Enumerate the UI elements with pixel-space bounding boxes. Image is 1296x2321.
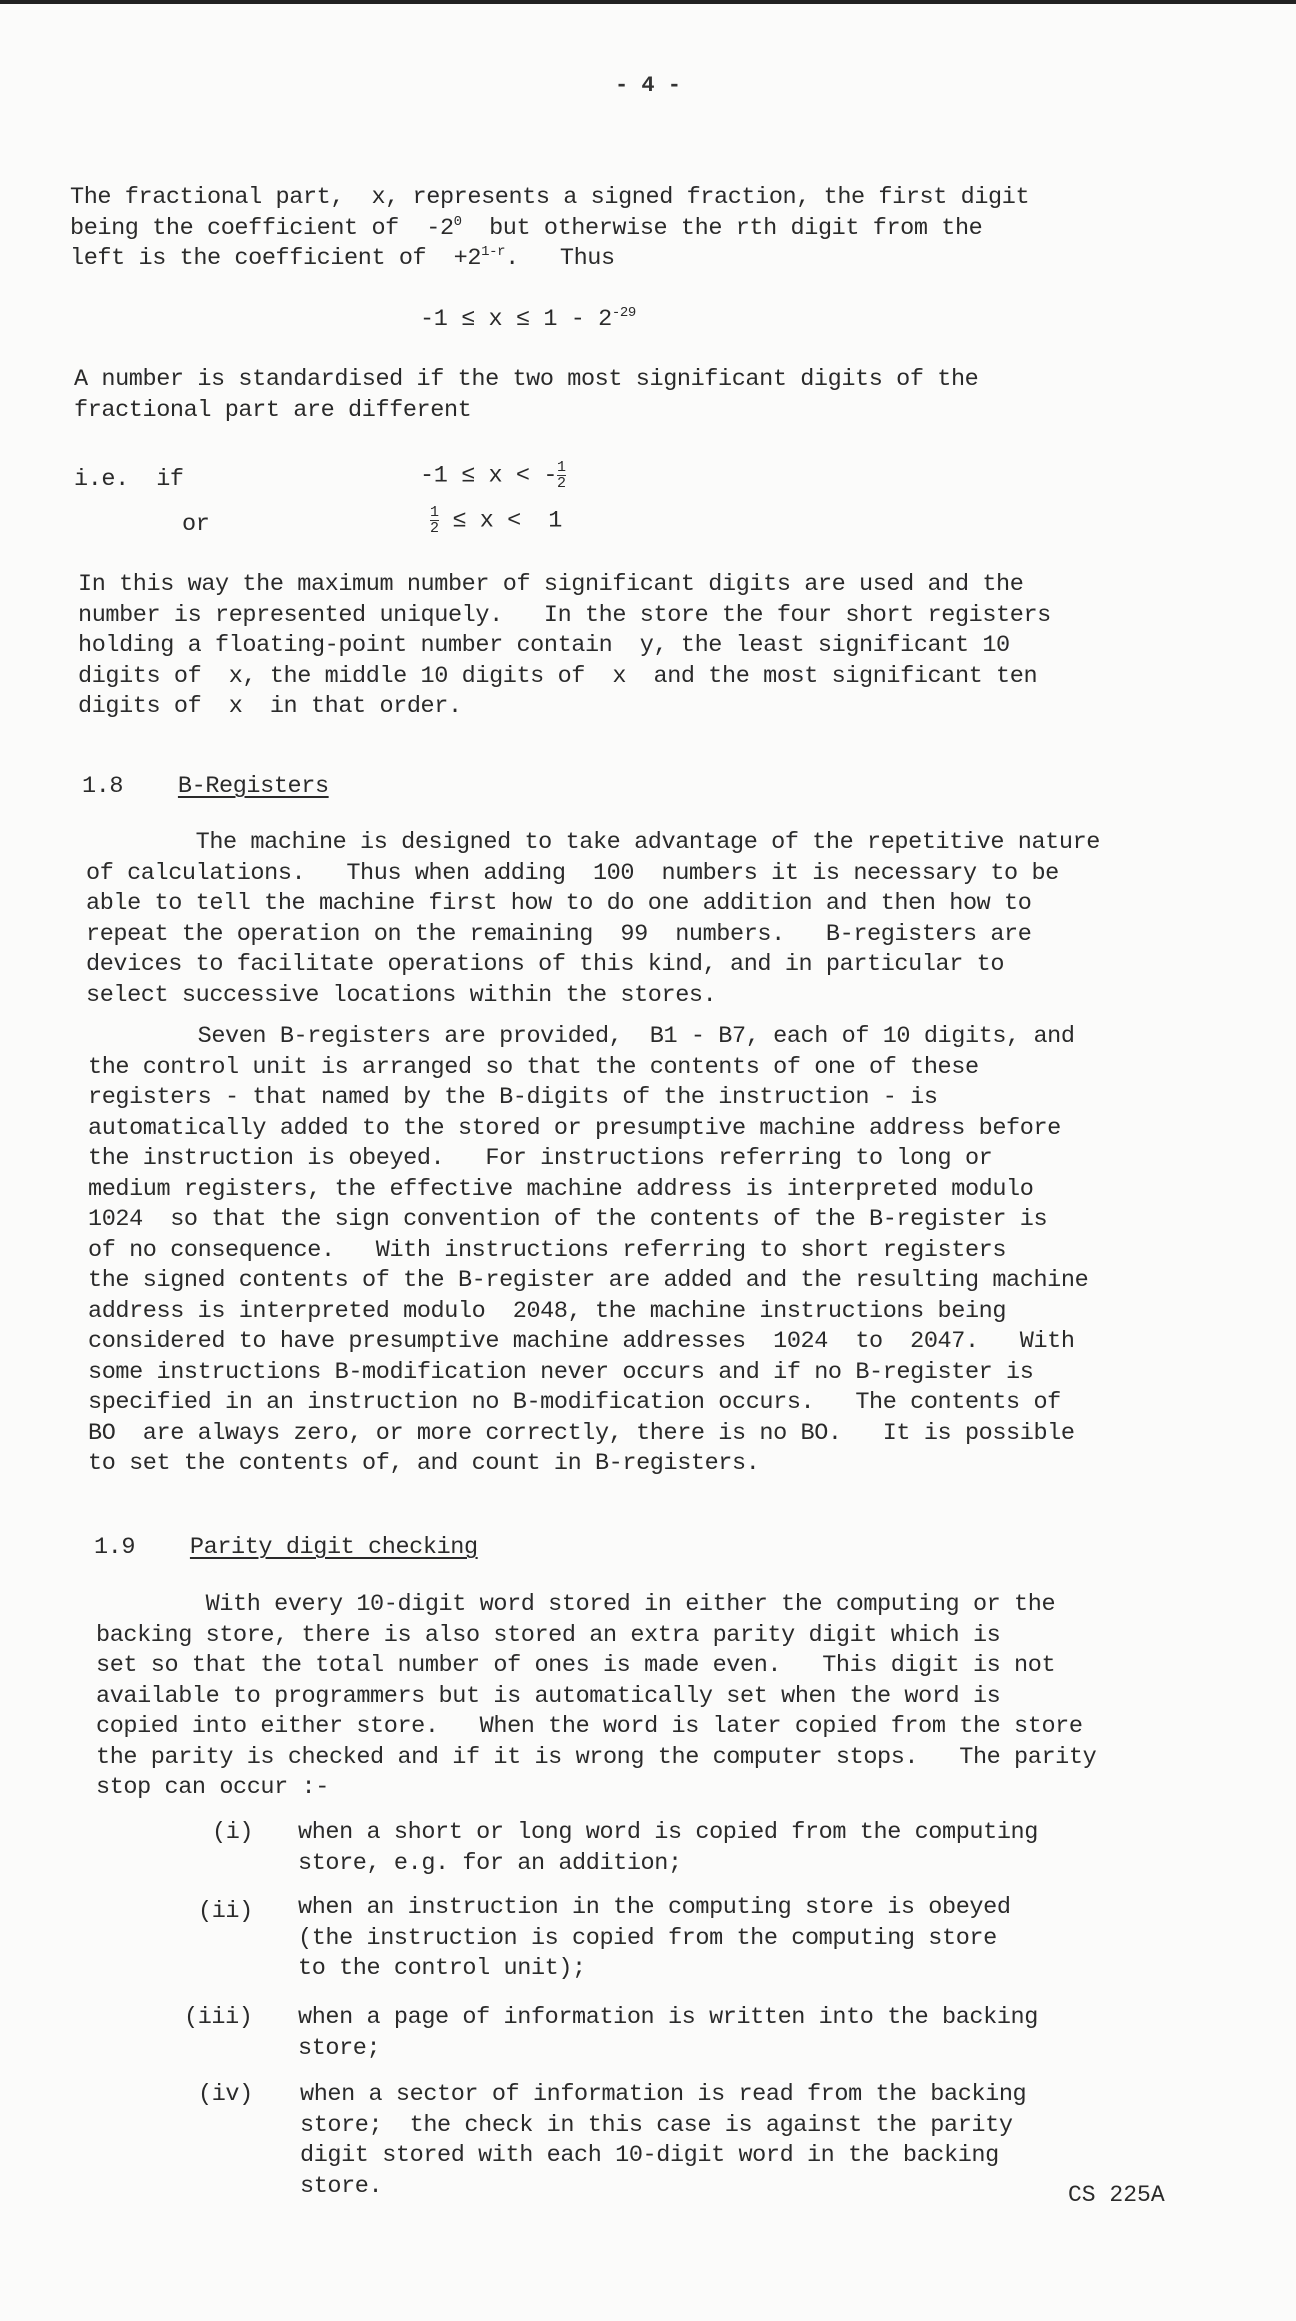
list-item: when a short or long word is copied from… bbox=[298, 1818, 1038, 1879]
text-line: specified in an instruction no B-modific… bbox=[88, 1389, 1061, 1416]
text-line: select successive locations within the s… bbox=[86, 982, 716, 1009]
section-1-8-paragraph-2: Seven B-registers are provided, B1 - B7,… bbox=[88, 1022, 1088, 1480]
formula: -1 ≤ x ≤ 1 - 2 bbox=[420, 306, 612, 333]
text-line: of calculations. Thus when adding 100 nu… bbox=[86, 860, 1059, 887]
text-line: digits of x in that order. bbox=[78, 693, 462, 720]
text-line: able to tell the machine first how to do… bbox=[86, 890, 1031, 917]
text-line: available to programmers but is automati… bbox=[96, 1683, 1000, 1710]
list-item: when a page of information is written in… bbox=[298, 2003, 1038, 2064]
page-number: - 4 - bbox=[0, 73, 1296, 98]
text-line: to the control unit); bbox=[298, 1955, 586, 1982]
fraction-half: 12 bbox=[430, 505, 439, 536]
formula: -1 ≤ x < - bbox=[420, 463, 557, 490]
text-line: With every 10-digit word stored in eithe… bbox=[96, 1591, 1055, 1618]
denominator: 2 bbox=[430, 520, 439, 536]
label: i.e. bbox=[74, 466, 129, 493]
text-line: digits of x, the middle 10 digits of x a… bbox=[78, 663, 1037, 690]
text-line: store; the check in this case is against… bbox=[300, 2112, 1013, 2139]
text-line: In this way the maximum number of signif… bbox=[78, 571, 1023, 598]
section-1-8-paragraph-1: The machine is designed to take advantag… bbox=[86, 828, 1100, 1011]
text-line: medium registers, the effective machine … bbox=[88, 1176, 1033, 1203]
inequality-range: -1 ≤ x ≤ 1 - 2-29 bbox=[420, 305, 636, 336]
text-line: when an instruction in the computing sto… bbox=[298, 1894, 1011, 1921]
section-number: 1.8 bbox=[82, 773, 123, 800]
text-line: devices to facilitate operations of this… bbox=[86, 951, 1004, 978]
text-line: backing store, there is also stored an e… bbox=[96, 1622, 1000, 1649]
intro-paragraph-3: In this way the maximum number of signif… bbox=[78, 570, 1051, 723]
text-line: holding a floating-point number contain … bbox=[78, 632, 1010, 659]
list-item-marker: (iv) bbox=[198, 2080, 253, 2111]
text-line: automatically added to the stored or pre… bbox=[88, 1115, 1061, 1142]
intro-paragraph-2: A number is standardised if the two most… bbox=[74, 365, 978, 426]
exponent: -29 bbox=[612, 305, 636, 321]
list-item: when a sector of information is read fro… bbox=[300, 2080, 1026, 2202]
text-line: The machine is designed to take advantag… bbox=[86, 829, 1100, 856]
formula: ≤ x < 1 bbox=[452, 508, 562, 535]
label: if bbox=[156, 466, 183, 493]
ie-label: i.e. if bbox=[74, 465, 184, 496]
text-line: digit stored with each 10-digit word in … bbox=[300, 2142, 999, 2169]
text-line: registers - that named by the B-digits o… bbox=[88, 1084, 938, 1111]
text-line: when a sector of information is read fro… bbox=[300, 2081, 1026, 2108]
section-heading-1-8: 1.8 B-Registers bbox=[82, 772, 329, 803]
text-line: considered to have presumptive machine a… bbox=[88, 1328, 1075, 1355]
list-item-marker: (iii) bbox=[184, 2003, 253, 2034]
intro-paragraph-1: The fractional part, x, represents a sig… bbox=[70, 183, 1029, 275]
text-line: A number is standardised if the two most… bbox=[74, 366, 978, 393]
text-line: when a short or long word is copied from… bbox=[298, 1819, 1038, 1846]
list-item: when an instruction in the computing sto… bbox=[298, 1893, 1011, 1985]
text-line: store; bbox=[298, 2035, 380, 2062]
text-line: number is represented uniquely. In the s… bbox=[78, 602, 1051, 629]
text-line: but otherwise the rth digit from the bbox=[489, 215, 982, 242]
text-line: being the coefficient of -2 bbox=[70, 215, 454, 242]
text-line: the signed contents of the B-register ar… bbox=[88, 1267, 1088, 1294]
text-line: repeat the operation on the remaining 99… bbox=[86, 921, 1031, 948]
text-line: the parity is checked and if it is wrong… bbox=[96, 1744, 1096, 1771]
section-number: 1.9 bbox=[94, 1534, 135, 1561]
text-line: . Thus bbox=[505, 245, 615, 272]
text-line: store. bbox=[300, 2173, 382, 2200]
numerator: 1 bbox=[430, 505, 439, 520]
text-line: store, e.g. for an addition; bbox=[298, 1850, 682, 1877]
text-line: The fractional part, x, represents a sig… bbox=[70, 184, 1029, 211]
text-line: when a page of information is written in… bbox=[298, 2004, 1038, 2031]
text-line: copied into either store. When the word … bbox=[96, 1713, 1083, 1740]
section-title: Parity digit checking bbox=[190, 1534, 478, 1561]
text-line: BO are always zero, or more correctly, t… bbox=[88, 1420, 1075, 1447]
exponent: 1-r bbox=[481, 244, 505, 260]
condition-1: -1 ≤ x < -12 bbox=[420, 460, 566, 492]
numerator: 1 bbox=[557, 460, 566, 475]
denominator: 2 bbox=[557, 475, 566, 491]
text-line: fractional part are different bbox=[74, 397, 471, 424]
text-line: left is the coefficient of +2 bbox=[70, 245, 481, 272]
text-line: the instruction is obeyed. For instructi… bbox=[88, 1145, 992, 1172]
section-heading-1-9: 1.9 Parity digit checking bbox=[94, 1533, 478, 1564]
text-line: the control unit is arranged so that the… bbox=[88, 1054, 979, 1081]
list-item-marker: (i) bbox=[212, 1818, 253, 1849]
scan-top-edge bbox=[0, 0, 1296, 4]
text-line: 1024 so that the sign convention of the … bbox=[88, 1206, 1047, 1233]
text-line: of no consequence. With instructions ref… bbox=[88, 1237, 1006, 1264]
text-line: stop can occur :- bbox=[96, 1774, 329, 1801]
text-line: Seven B-registers are provided, B1 - B7,… bbox=[88, 1023, 1075, 1050]
fraction-half: 12 bbox=[557, 460, 566, 491]
or-label: or bbox=[182, 510, 209, 541]
exponent: 0 bbox=[454, 214, 462, 230]
text-line: some instructions B-modification never o… bbox=[88, 1359, 1033, 1386]
section-title: B-Registers bbox=[178, 773, 329, 800]
section-1-9-paragraph-1: With every 10-digit word stored in eithe… bbox=[96, 1590, 1096, 1804]
text-line: to set the contents of, and count in B-r… bbox=[88, 1450, 759, 1477]
condition-2: 12 ≤ x < 1 bbox=[430, 505, 562, 537]
text-line: address is interpreted modulo 2048, the … bbox=[88, 1298, 1006, 1325]
list-item-marker: (ii) bbox=[198, 1897, 253, 1928]
text-line: (the instruction is copied from the comp… bbox=[298, 1925, 997, 1952]
document-code: CS 225A bbox=[1068, 2182, 1165, 2208]
text-line: set so that the total number of ones is … bbox=[96, 1652, 1055, 1679]
